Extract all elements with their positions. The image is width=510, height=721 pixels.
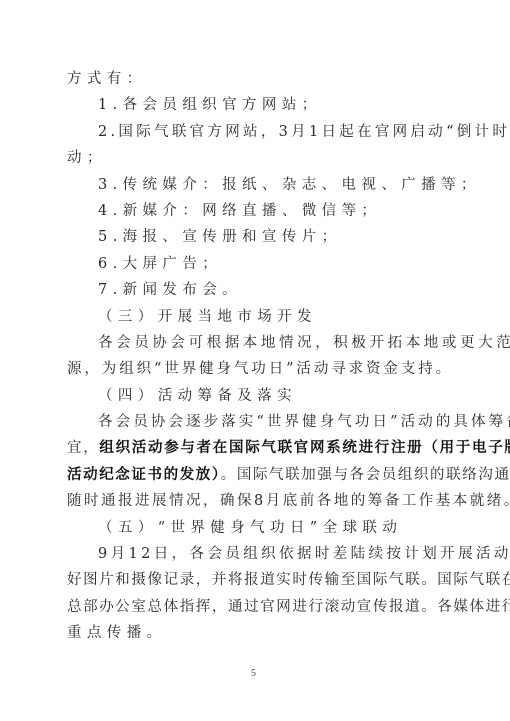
paragraph-line: 重点传播。: [67, 620, 447, 646]
paragraph-line-mixed: 活动纪念证书的发放）。国际气联加强与各会员组织的联络沟通，: [67, 462, 447, 488]
bold-text: 活动纪念证书的发放）: [67, 466, 221, 483]
section-heading-4: （四）活动筹备及落实: [67, 383, 447, 409]
paragraph-line-mixed: 宜，组织活动参与者在国际气联官网系统进行注册（用于电子版: [67, 435, 447, 461]
list-item-2-cont: 动；: [67, 145, 447, 171]
normal-text: 。国际气联加强与各会员组织的联络沟通，: [221, 467, 510, 483]
paragraph-line: 随时通报进展情况，确保8月底前各地的筹备工作基本就绪。: [67, 488, 447, 514]
list-item-5: 5.海报、宣传册和宣传片；: [67, 224, 447, 250]
bold-text: 组织活动参与者在国际气联官网系统进行注册（用于电子版: [99, 439, 510, 456]
paragraph-line: 9月12日，各会员组织依据时差陆续按计划开展活动，做: [67, 541, 447, 567]
page-number: 5: [251, 668, 256, 679]
list-item-6: 6.大屏广告；: [67, 251, 447, 277]
list-item-1: 1.各会员组织官方网站；: [67, 92, 447, 118]
normal-text: 宜，: [67, 440, 99, 456]
paragraph-line: 好图片和摄像记录，并将报道实时传输至国际气联。国际气联在: [67, 567, 447, 593]
paragraph-line: 各会员协会可根据本地情况，积极开拓本地或更大范围资: [67, 330, 447, 356]
paragraph-line: 源，为组织“世界健身气功日”活动寻求资金支持。: [67, 356, 447, 382]
section-heading-5: （五）“世界健身气功日”全球联动: [67, 515, 447, 541]
list-item-2: 2.国际气联官方网站，3月1日起在官网启动“倒计时”活: [67, 119, 447, 145]
paragraph-line: 总部办公室总体指挥，通过官网进行滚动宣传报道。各媒体进行: [67, 594, 447, 620]
text-line: 方式有：: [67, 66, 447, 92]
body-text: 方式有： 1.各会员组织官方网站； 2.国际气联官方网站，3月1日起在官网启动“…: [67, 66, 447, 647]
list-item-4: 4.新媒介：网络直播、微信等；: [67, 198, 447, 224]
list-item-3: 3.传统媒介：报纸、杂志、电视、广播等；: [67, 172, 447, 198]
document-page: 方式有： 1.各会员组织官方网站； 2.国际气联官方网站，3月1日起在官网启动“…: [0, 0, 510, 721]
paragraph-line: 各会员协会逐步落实“世界健身气功日”活动的具体筹备事: [67, 409, 447, 435]
list-item-7: 7.新闻发布会。: [67, 277, 447, 303]
section-heading-3: （三）开展当地市场开发: [67, 304, 447, 330]
